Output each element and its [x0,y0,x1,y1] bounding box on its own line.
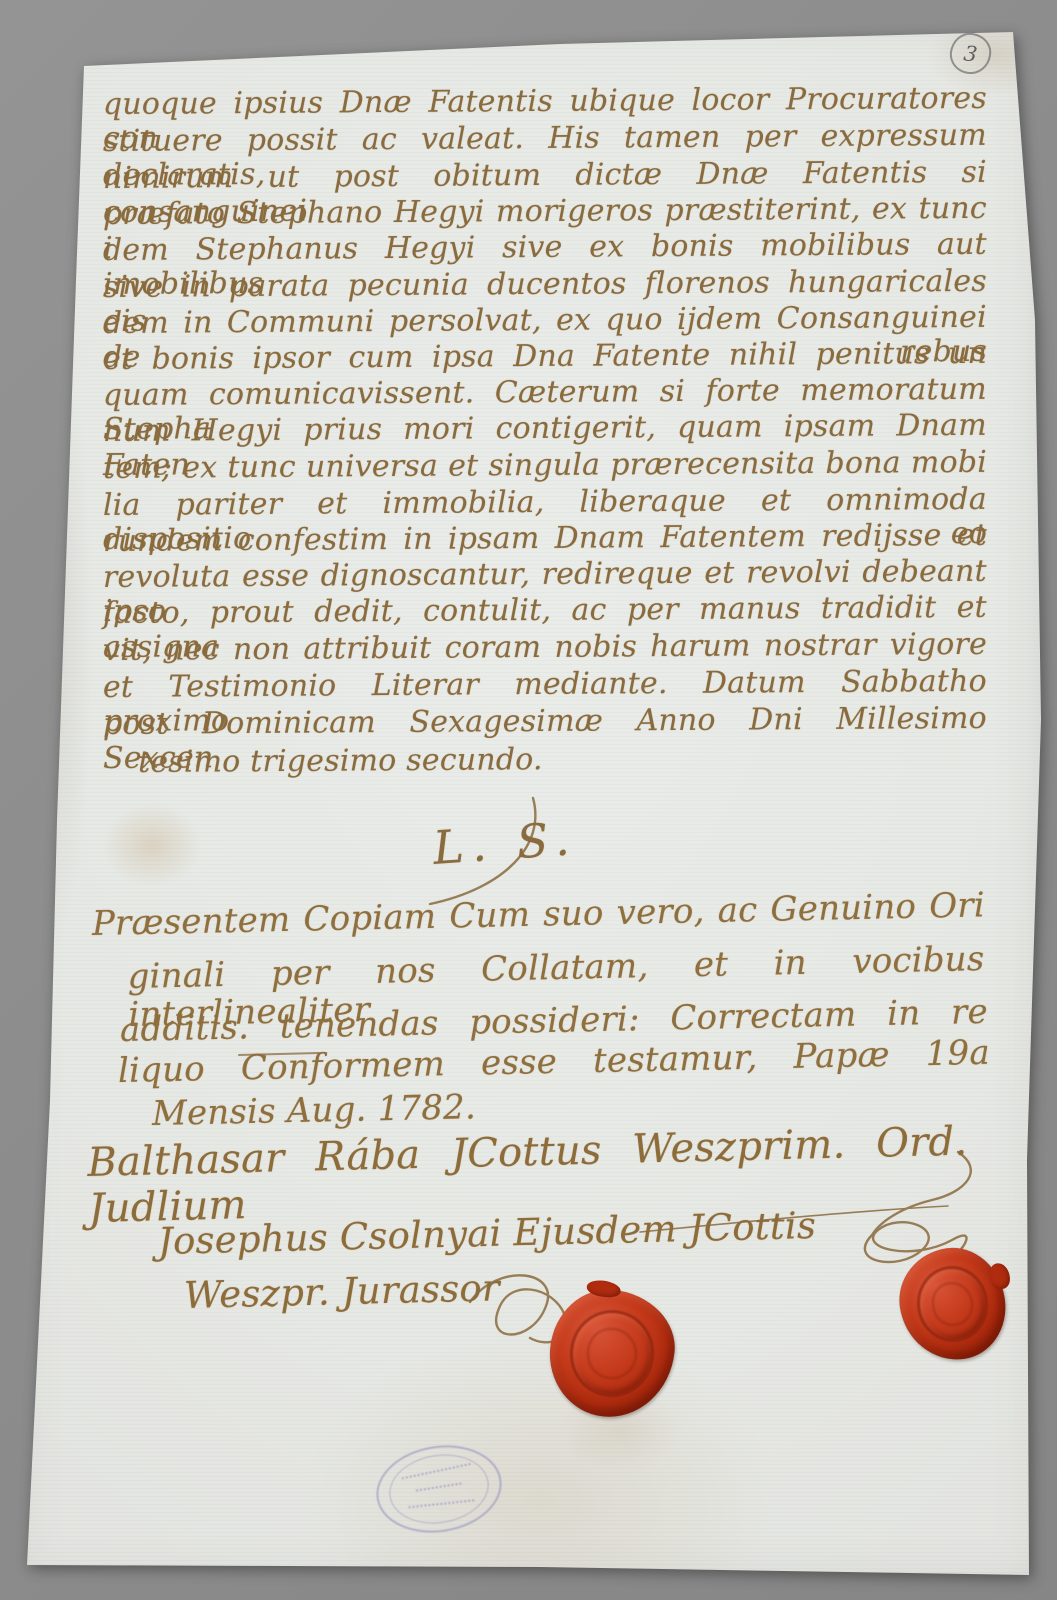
folio-number: 3 [962,41,979,67]
wax-drip [586,1279,621,1298]
wax-drip [988,1262,1011,1291]
archive-ink-stamp [370,1437,508,1542]
locus-sigilli-mark: L. S. [431,811,579,875]
folio-number-circle: 3 [947,30,993,76]
paper-shadow-wrap: quoque ipsius Dnæ Fatentis ubique locor … [0,0,1057,1600]
body-line: tesimo trigesimo secundo. [138,743,543,780]
body-line: tem; ex tunc universa et singula prærece… [103,446,987,486]
body-line: et bonis ipsor cum ipsa Dna Fatente nihi… [103,337,987,377]
body-line: rundem confestim in ipsam Dnam Fatentem … [103,519,987,559]
manuscript-paper: quoque ipsius Dnæ Fatentis ubique locor … [0,0,1057,1600]
wax-seal-right [893,1241,1013,1367]
wax-seal-impression [566,1306,659,1401]
body-line: vit, nec non attribuit coram nobis harum… [103,628,987,668]
photograph-background: { "page": { "folio_number": "3", "colors… [0,0,1057,1600]
wax-seal-center [544,1284,681,1423]
attestation-line: Mensis Aug. 1782. [152,1088,477,1133]
wax-seal-impression [912,1261,993,1346]
attestation-line: Præsentem Copiam Cum suo vero, ac Genuin… [92,886,986,943]
signature-jurassor-title: Weszpr. Jurassor [183,1266,500,1317]
